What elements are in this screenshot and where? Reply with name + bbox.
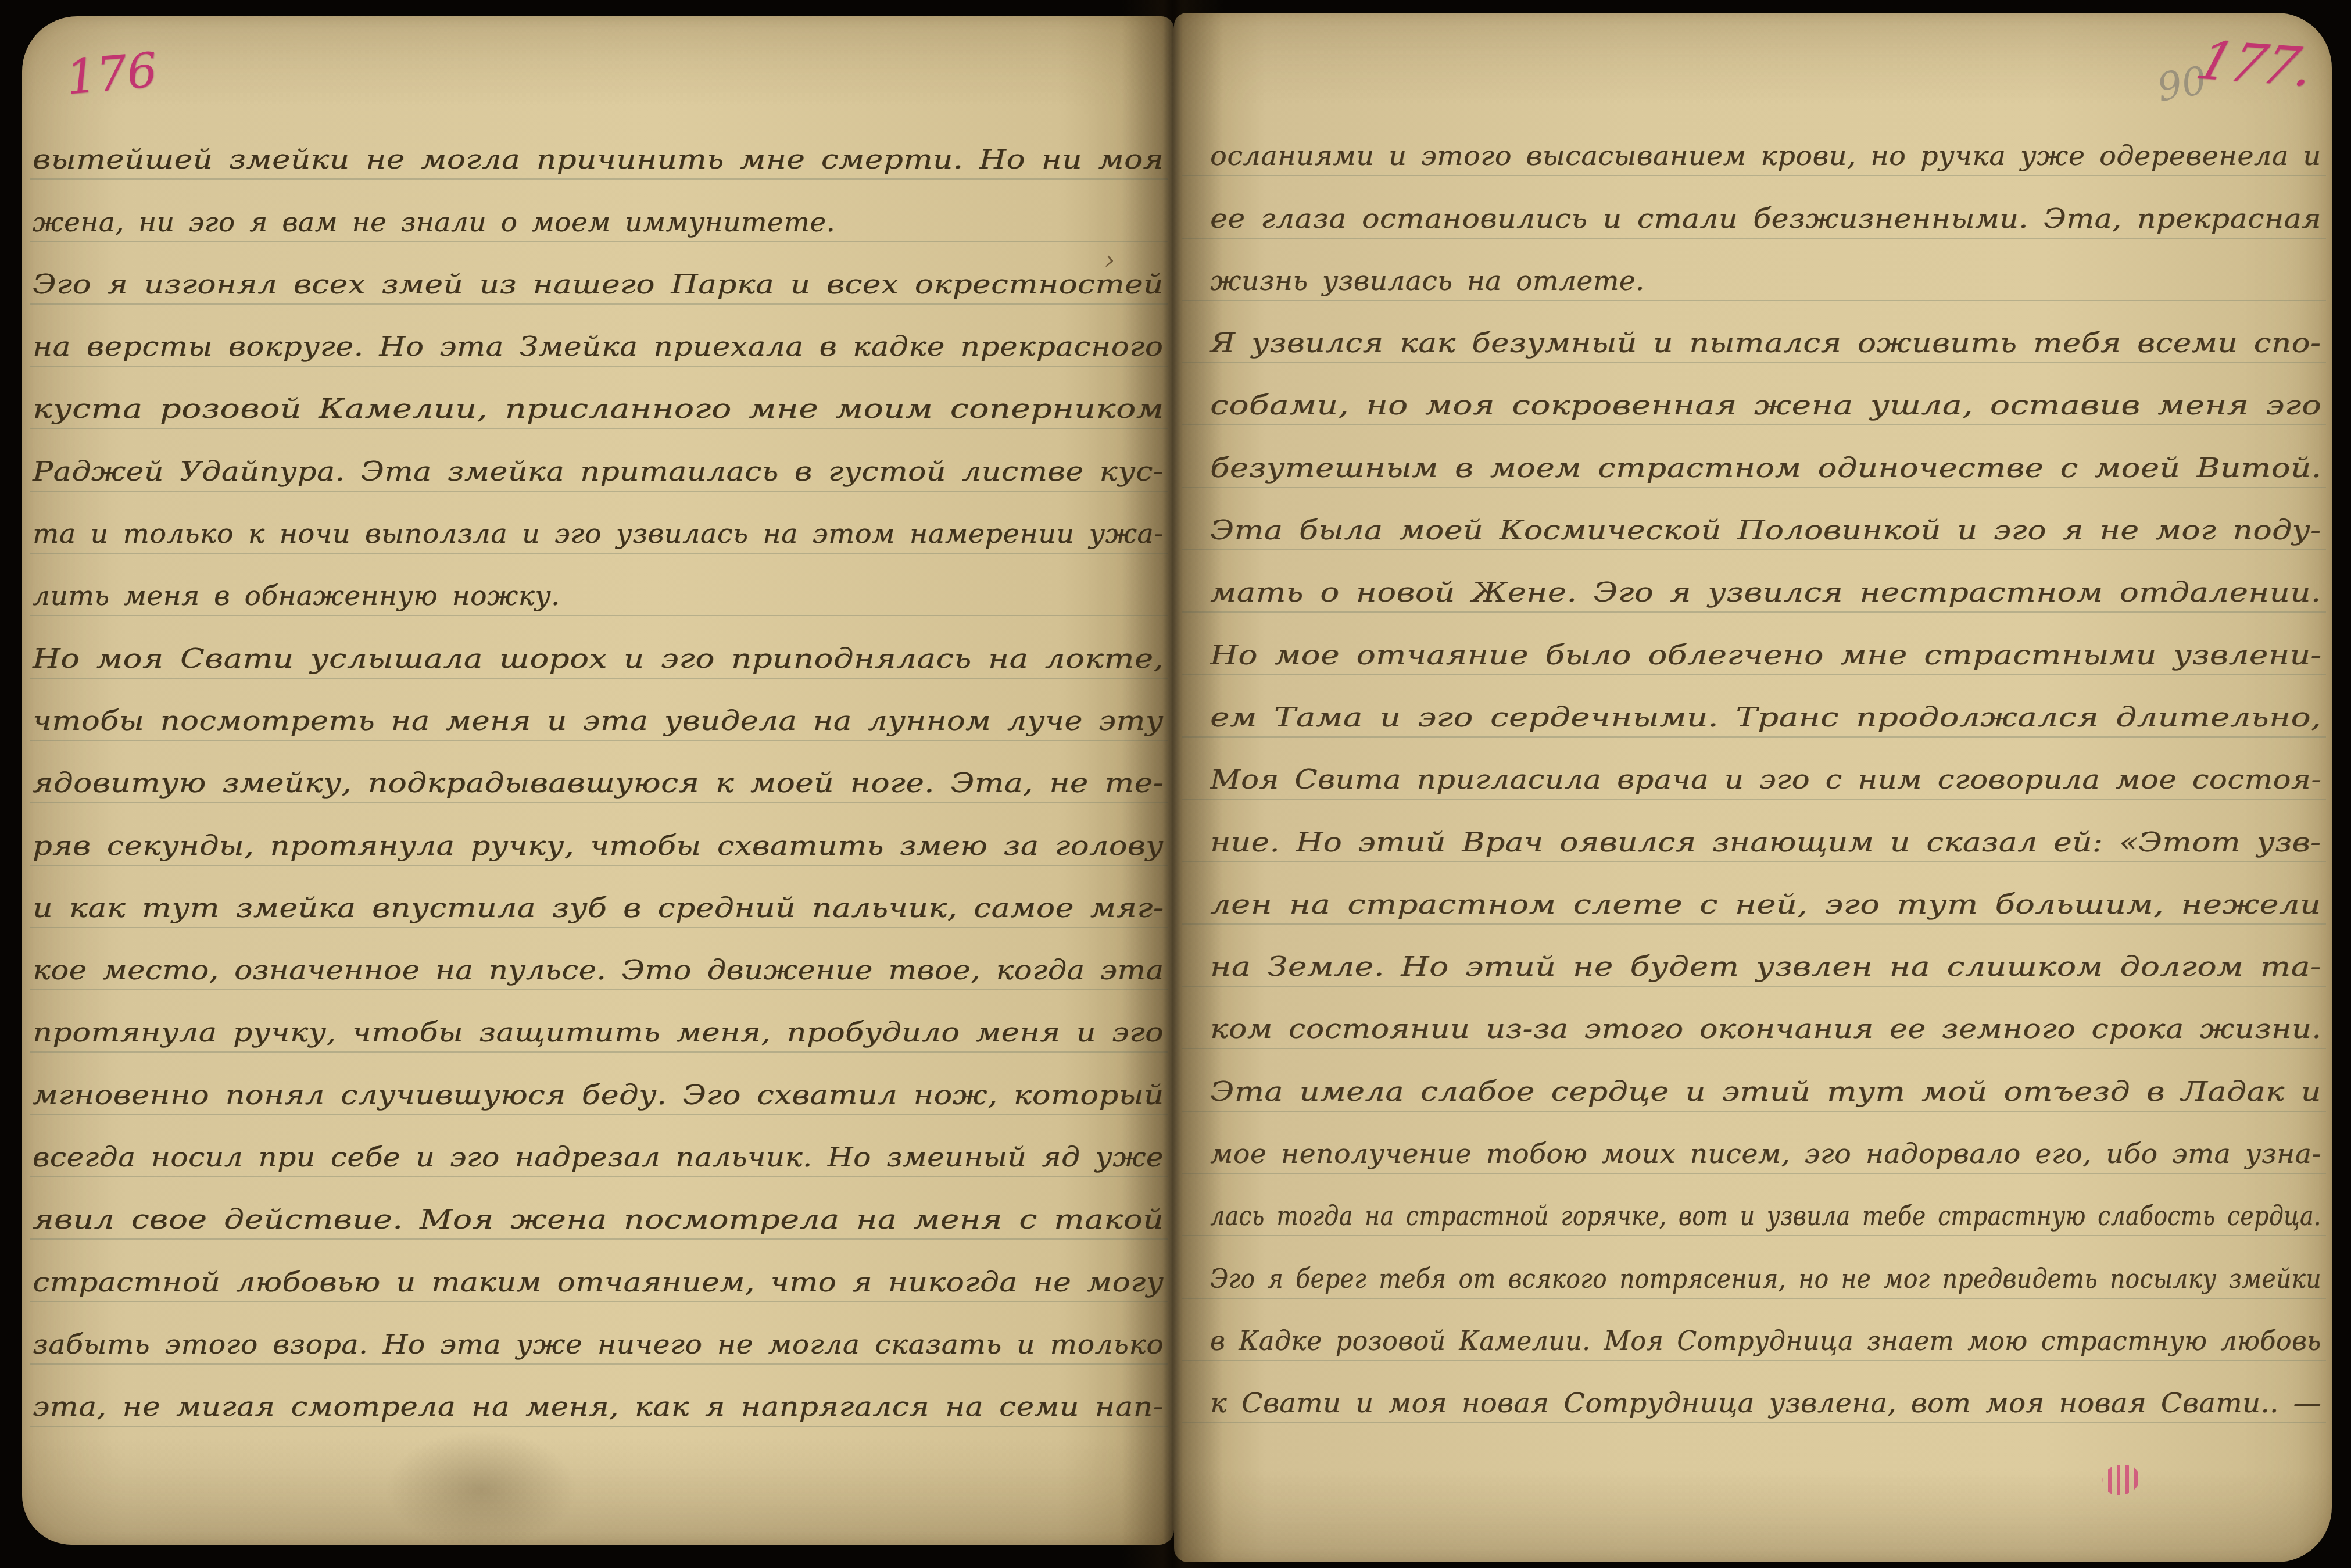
handwritten-text: всегда носил при себе и эго надрезал пал… [33,1144,1164,1171]
manuscript-line: та и только к ночи выползла и эго узвила… [30,492,1168,554]
handwritten-text: ком состоянии из-за этого окончания ее з… [1210,1015,2321,1043]
handwritten-text: вытейшей змейки не могла причинить мне с… [33,146,1164,173]
handwritten-text: куста розовой Камелии, присланного мне м… [33,395,1164,423]
pink-smudge-mark [2099,1459,2144,1499]
manuscript-line: Эта имела слабое сердце и этий тут мой о… [1182,1049,2326,1111]
manuscript-line: вытейшей змейки не могла причинить мне с… [30,117,1168,180]
handwritten-text: Но моя Свати услышала шорох и эго припод… [33,645,1164,672]
handwritten-text: Эго я берег тебя от всякого потрясения, … [1210,1265,2321,1293]
left-page: 176 вытейшей змейки не могла причинить м… [22,16,1174,1545]
handwritten-text: ние. Но этий Врач оявился знающим и сказ… [1210,829,2321,856]
handwritten-text: Но мое отчаяние было облегчено мне страс… [1210,642,2321,669]
right-page: 90 177. осланиями и этого высасыванием к… [1174,13,2332,1562]
manuscript-line: Моя Свита пригласила врача и эго с ним с… [1182,738,2326,800]
manuscript-line: ние. Но этий Врач оявился знающим и сказ… [1182,800,2326,862]
manuscript-line: Эго я изгонял всех змей из нашего Парка … [30,242,1168,305]
manuscript-line: Эта была моей Космической Половинкой и э… [1182,488,2326,550]
manuscript-line: лить меня в обнаженную ножку. [30,554,1168,616]
page-number-left: 176 [64,42,159,105]
manuscript-line: Раджей Удайпура. Эта змейка притаилась в… [30,429,1168,491]
handwritten-text: Эго я изгонял всех змей из нашего Парка … [33,271,1164,298]
manuscript-line: протянула ручку, чтобы защитить меня, пр… [30,990,1168,1053]
handwritten-text: ем Тама и эго сердечными. Транс продолжа… [1210,704,2321,731]
left-page-lines: вытейшей змейки не могла причинить мне с… [22,117,1174,1427]
handwritten-text: забыть этого взора. Но эта уже ничего не… [33,1331,1164,1358]
manuscript-line: кое место, означенное на пульсе. Это дви… [30,928,1168,990]
handwritten-text: страстной любовью и таким отчаянием, что… [33,1269,1164,1296]
manuscript-line: лен на страстном слете с ней, эго тут бо… [1182,862,2326,925]
manuscript-line: собами, но моя сокровенная жена ушла, ос… [1182,363,2326,425]
manuscript-line: мать о новой Жене. Эго я узвился нестрас… [1182,550,2326,613]
manuscript-line: мгновенно понял случившуюся беду. Эго сх… [30,1053,1168,1115]
handwritten-text: лась тогда на страстной горячке, вот и у… [1210,1202,2321,1230]
manuscript-line: безутешным в моем страстном одиночестве … [1182,425,2326,488]
manuscript-line: ее глаза остановились и стали безжизненн… [1182,176,2326,238]
manuscript-line: ем Тама и эго сердечными. Транс продолжа… [1182,675,2326,738]
handwritten-text: Я узвился как безумный и пытался оживить… [1210,330,2321,357]
manuscript-line: лась тогда на страстной горячке, вот и у… [1182,1174,2326,1236]
handwritten-text: в Кадке розовой Камелии. Моя Сотрудница … [1210,1327,2321,1355]
handwritten-text: мое неполучение тобою моих писем, эго на… [1210,1140,2321,1168]
manuscript-line: к Свати и моя новая Сотрудница узвлена, … [1182,1361,2326,1423]
manuscript-line: Но мое отчаяние было облегчено мне страс… [1182,613,2326,675]
manuscript-line: явил свое действие. Моя жена посмотрела … [30,1177,1168,1240]
manuscript-line: ядовитую змейку, подкрадывавшуюся к моей… [30,741,1168,803]
manuscript-line: Но моя Свати услышала шорох и эго припод… [30,616,1168,678]
handwritten-text: на версты вокруге. Но эта Змейка приехал… [33,333,1164,360]
manuscript-line: ряв секунды, протянула ручку, чтобы схва… [30,803,1168,865]
manuscript-line: всегда носил при себе и эго надрезал пал… [30,1115,1168,1177]
handwritten-text: жена, ни эго я вам не знали о моем иммун… [33,209,835,236]
handwritten-text: лить меня в обнаженную ножку. [33,582,560,610]
manuscript-line: страстной любовью и таким отчаянием, что… [30,1240,1168,1302]
manuscript-line: Эго я берег тебя от всякого потрясения, … [1182,1236,2326,1298]
stray-ink-mark: › [1104,244,1115,275]
handwritten-text: собами, но моя сокровенная жена ушла, ос… [1210,392,2321,419]
page-curl-shadow [382,1429,580,1551]
handwritten-text: Раджей Удайпура. Эта змейка притаилась в… [33,458,1164,485]
handwritten-text: и как тут змейка впустила зуб в средний … [33,894,1164,922]
handwritten-text: кое место, означенное на пульсе. Это дви… [33,957,1164,984]
manuscript-line: эта, не мигая смотрела на меня, как я на… [30,1365,1168,1427]
handwritten-text: к Свати и моя новая Сотрудница узвлена, … [1210,1390,2321,1417]
right-page-lines: осланиями и этого высасыванием крови, но… [1174,114,2332,1423]
handwritten-text: та и только к ночи выползла и эго узвила… [33,520,1164,547]
handwritten-text: лен на страстном слете с ней, эго тут бо… [1210,891,2321,918]
manuscript-line: жена, ни эго я вам не знали о моем иммун… [30,180,1168,242]
handwritten-text: явил свое действие. Моя жена посмотрела … [33,1206,1164,1233]
manuscript-line: куста розовой Камелии, присланного мне м… [30,367,1168,429]
manuscript-line: Я узвился как безумный и пытался оживить… [1182,301,2326,363]
handwritten-text: протянула ручку, чтобы защитить меня, пр… [33,1019,1164,1046]
handwritten-text: эта, не мигая смотрела на меня, как я на… [33,1393,1164,1420]
manuscript-line: мое неполучение тобою моих писем, эго на… [1182,1112,2326,1174]
handwritten-text: ее глаза остановились и стали безжизненн… [1210,205,2321,232]
manuscript-line: в Кадке розовой Камелии. Моя Сотрудница … [1182,1299,2326,1361]
manuscript-line: жизнь узвилась на отлете. [1182,239,2326,301]
handwritten-text: чтобы посмотреть на меня и эта увидела н… [33,707,1164,735]
manuscript-line: чтобы посмотреть на меня и эта увидела н… [30,679,1168,741]
handwritten-text: мать о новой Жене. Эго я узвился нестрас… [1210,579,2321,606]
handwritten-text: мгновенно понял случившуюся беду. Эго сх… [33,1082,1164,1109]
handwritten-text: ядовитую змейку, подкрадывавшуюся к моей… [33,769,1164,797]
handwritten-text: на Земле. Но этий не будет узвлен на сли… [1210,953,2321,980]
handwritten-text: безутешным в моем страстном одиночестве … [1210,454,2321,482]
handwritten-text: Эта была моей Космической Половинкой и э… [1210,517,2321,544]
manuscript-line: осланиями и этого высасыванием крови, но… [1182,114,2326,176]
page-number-right: 177. [2189,30,2323,99]
manuscript-line: забыть этого взора. Но эта уже ничего не… [30,1302,1168,1365]
handwritten-text: Эта имела слабое сердце и этий тут мой о… [1210,1078,2321,1105]
manuscript-line: на Земле. Но этий не будет узвлен на сли… [1182,925,2326,987]
manuscript-line: на версты вокруге. Но эта Змейка приехал… [30,305,1168,367]
notebook-scan: 176 вытейшей змейки не могла причинить м… [0,0,2351,1568]
handwritten-text: жизнь узвилась на отлете. [1210,267,1644,295]
handwritten-text: Моя Свита пригласила врача и эго с ним с… [1210,766,2321,793]
manuscript-line: ком состоянии из-за этого окончания ее з… [1182,987,2326,1049]
manuscript-line: и как тут змейка впустила зуб в средний … [30,866,1168,928]
handwritten-text: осланиями и этого высасыванием крови, но… [1210,142,2321,170]
handwritten-text: ряв секунды, протянула ручку, чтобы схва… [33,832,1164,860]
